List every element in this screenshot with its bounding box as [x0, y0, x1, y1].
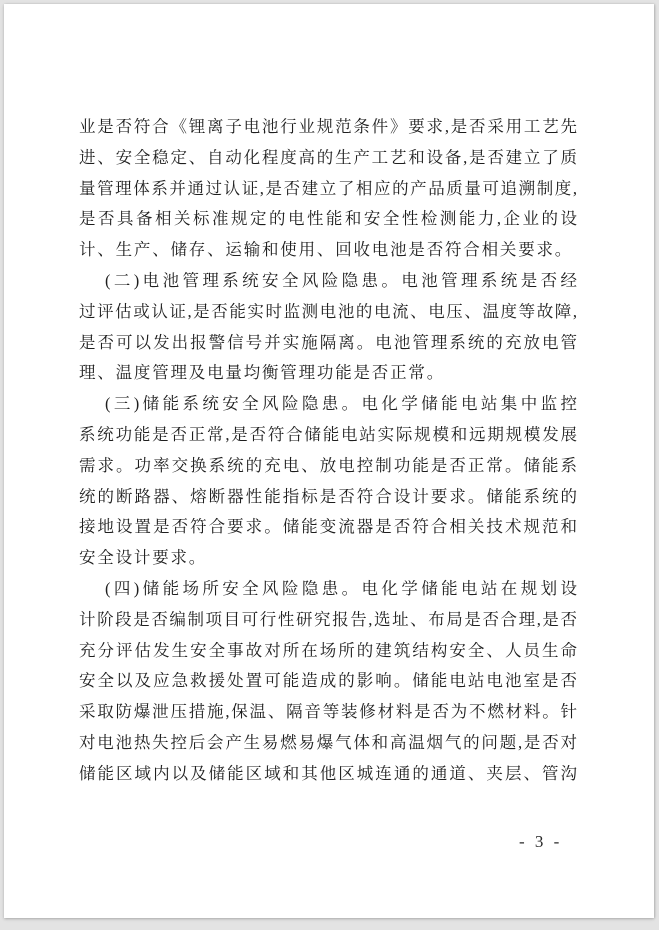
document-body: 业是否符合《锂离子电池行业规范条件》要求,是否采用工艺先进、安全稳定、自动化程度… [79, 112, 577, 790]
text-line: 进、安全稳定、自动化程度高的生产工艺和设备,是否建立了质 [79, 143, 577, 174]
text-line: 量管理体系并通过认证,是否建立了相应的产品质量可追溯制度, [79, 174, 577, 205]
scan-background: 业是否符合《锂离子电池行业规范条件》要求,是否采用工艺先进、安全稳定、自动化程度… [0, 0, 659, 930]
text-line: 理、温度管理及电量均衡管理功能是否正常。 [79, 358, 577, 389]
text-line: 业是否符合《锂离子电池行业规范条件》要求,是否采用工艺先 [79, 112, 577, 143]
text-line: 充分评估发生安全事故对所在场所的建筑结构安全、人员生命 [79, 636, 577, 667]
document-page: 业是否符合《锂离子电池行业规范条件》要求,是否采用工艺先进、安全稳定、自动化程度… [4, 4, 654, 918]
text-line: (二)电池管理系统安全风险隐患。电池管理系统是否经 [79, 266, 577, 297]
text-line: 过评估或认证,是否能实时监测电池的电流、电压、温度等故障, [79, 297, 577, 328]
text-line: 计、生产、储存、运输和使用、回收电池是否符合相关要求。 [79, 235, 577, 266]
text-line: 安全设计要求。 [79, 543, 577, 574]
text-line: 统的断路器、熔断器性能指标是否符合设计要求。储能系统的 [79, 482, 577, 513]
text-line: 计阶段是否编制项目可行性研究报告,选址、布局是否合理,是否 [79, 605, 577, 636]
text-line: 需求。功率交换系统的充电、放电控制功能是否正常。储能系 [79, 451, 577, 482]
text-line: 安全以及应急救援处置可能造成的影响。储能电站电池室是否 [79, 666, 577, 697]
text-line: 对电池热失控后会产生易燃易爆气体和高温烟气的问题,是否对 [79, 728, 577, 759]
text-line: (四)储能场所安全风险隐患。电化学储能电站在规划设 [79, 574, 577, 605]
text-line: 是否可以发出报警信号并实施隔离。电池管理系统的充放电管 [79, 328, 577, 359]
page-number: - 3 - [519, 832, 562, 852]
text-line: 采取防爆泄压措施,保温、隔音等装修材料是否为不燃材料。针 [79, 697, 577, 728]
text-line: (三)储能系统安全风险隐患。电化学储能电站集中监控 [79, 389, 577, 420]
text-line: 储能区域内以及储能区域和其他区城连通的通道、夹层、管沟 [79, 759, 577, 790]
text-line: 系统功能是否正常,是否符合储能电站实际规模和远期规模发展 [79, 420, 577, 451]
text-line: 是否具备相关标准规定的电性能和安全性检测能力,企业的设 [79, 204, 577, 235]
text-line: 接地设置是否符合要求。储能变流器是否符合相关技术规范和 [79, 512, 577, 543]
